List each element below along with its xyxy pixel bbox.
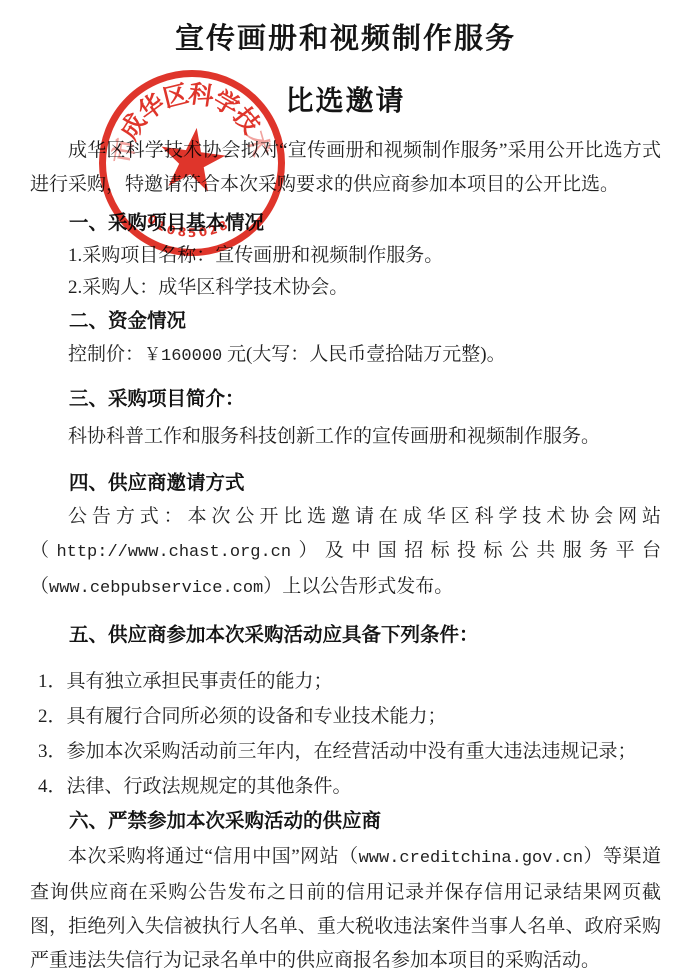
price-label: 控制价： [68, 344, 144, 365]
section2-heading: 二、资金情况 [30, 304, 661, 338]
credit-text-1: 本次采购将通过“信用中国”网站（ [68, 846, 359, 867]
intro-paragraph: 成华区科学技术协会拟对“宣传画册和视频制作服务”采用公开比选方式进行采购，特邀请… [30, 134, 661, 202]
section6-heading: 六、严禁参加本次采购活动的供应商 [30, 804, 661, 838]
price-amount: ￥160000 [144, 347, 222, 366]
creditchina-url: www.creditchina.gov.cn [359, 849, 583, 868]
price-suffix: 元(大写：人民币壹拾陆万元整)。 [222, 344, 505, 365]
credit-check-paragraph: 本次采购将通过“信用中国”网站（www.creditchina.gov.cn）等… [30, 840, 661, 977]
document-page: 宣传画册和视频制作服务 比选邀请 成华区科学技术协会拟对“宣传画册和视频制作服务… [0, 0, 691, 977]
project-brief-line: 科协科普工作和服务科技创新工作的宣传画册和视频制作服务。 [30, 420, 661, 454]
doc-subtitle: 比选邀请 [30, 84, 661, 118]
control-price-line: 控制价：￥160000 元(大写：人民币壹拾陆万元整)。 [30, 338, 661, 374]
section3-heading: 三、采购项目简介： [30, 382, 661, 416]
purchaser-line: 2.采购人：成华区科学技术协会。 [30, 272, 661, 304]
section5-heading: 五、供应商参加本次采购活动应具备下列条件： [30, 618, 661, 652]
condition-list: 1．具有独立承担民事责任的能力； 2．具有履行合同所必须的设备和专业技术能力； … [30, 664, 661, 804]
announcement-paragraph: 公告方式：本次公开比选邀请在成华区科学技术协会网站（http://www.cha… [30, 500, 661, 606]
page-title: 宣传画册和视频制作服务 [30, 0, 661, 58]
document-content: 宣传画册和视频制作服务 比选邀请 成华区科学技术协会拟对“宣传画册和视频制作服务… [30, 0, 661, 977]
section1-heading: 一、采购项目基本情况 [30, 206, 661, 240]
condition-item-3: 3．参加本次采购活动前三年内，在经营活动中没有重大违法违规记录； [30, 734, 661, 769]
condition-item-1: 1．具有独立承担民事责任的能力； [30, 664, 661, 699]
cebpubservice-url: www.cebpubservice.com [49, 579, 263, 598]
announcement-text-3: ）上以公告形式发布。 [263, 576, 453, 597]
condition-item-4: 4．法律、行政法规规定的其他条件。 [30, 769, 661, 804]
condition-item-2: 2．具有履行合同所必须的设备和专业技术能力； [30, 699, 661, 734]
chast-url: http://www.chast.org.cn [56, 543, 291, 562]
project-name-line: 1.采购项目名称：宣传画册和视频制作服务。 [30, 240, 661, 272]
section4-heading: 四、供应商邀请方式 [30, 466, 661, 500]
